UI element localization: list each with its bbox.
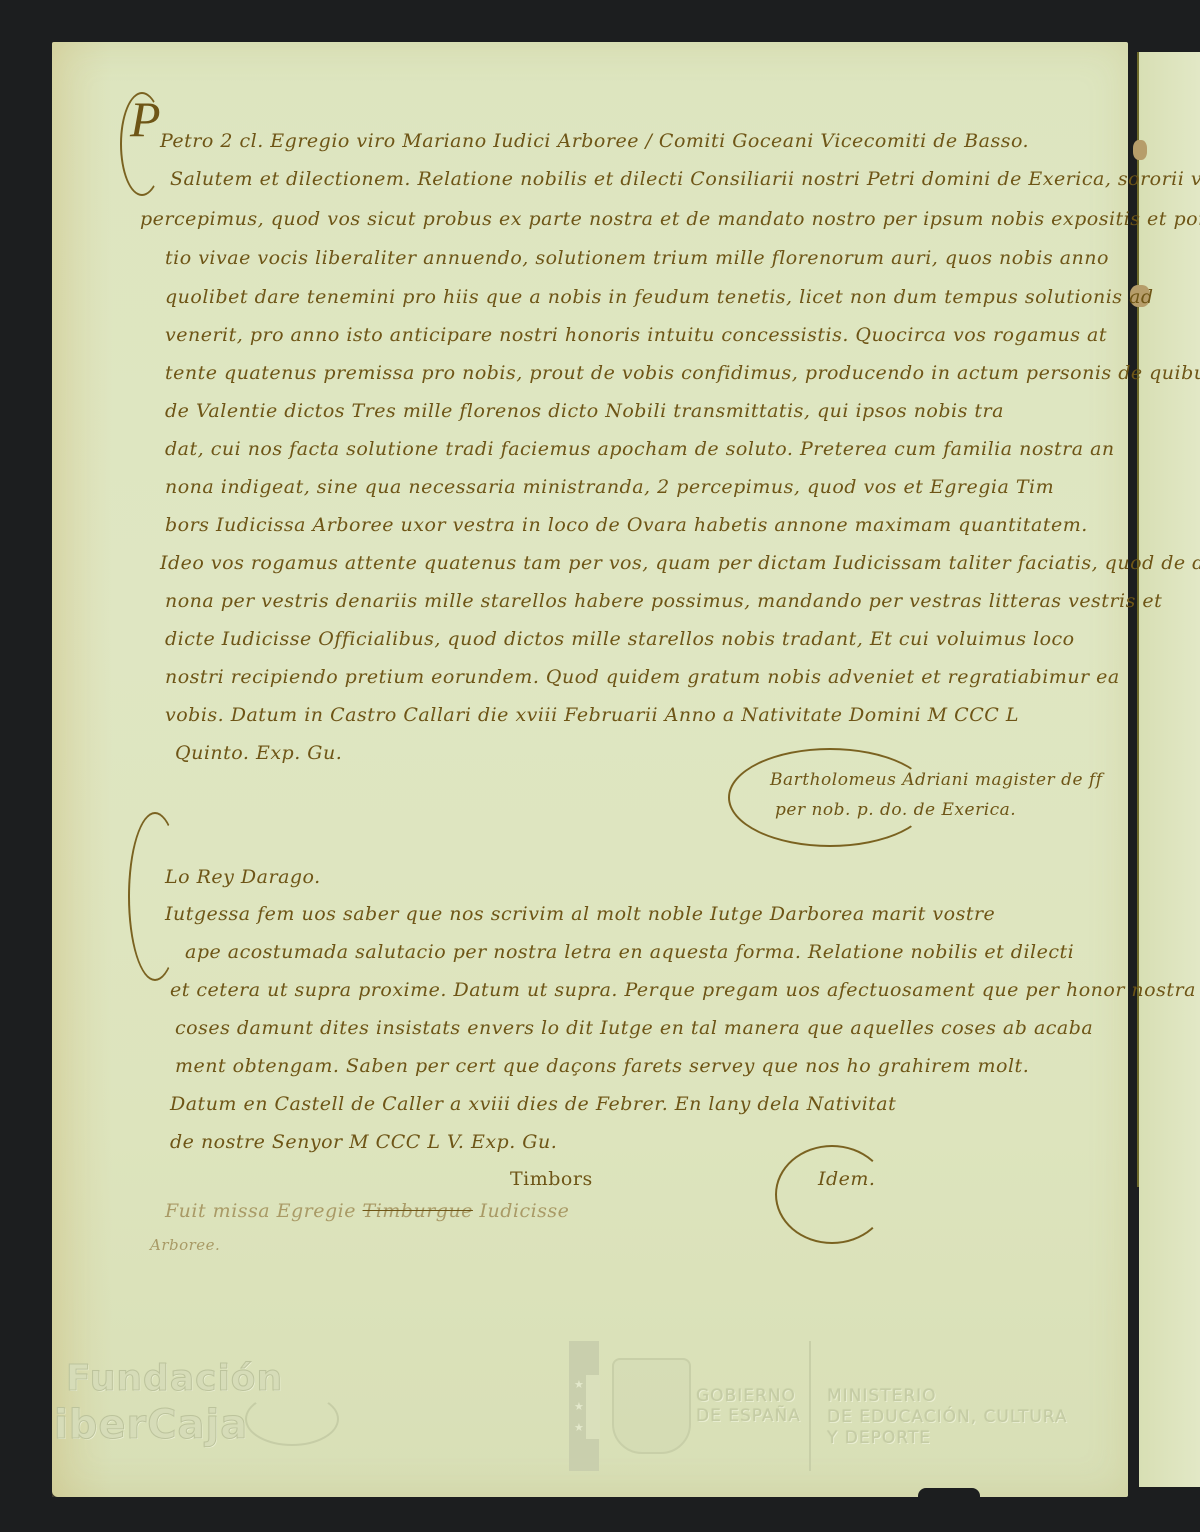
text-line: nona per vestris denariis mille starello… bbox=[165, 590, 1162, 612]
text-line: Petro 2 cl. Egregio viro Mariano Iudici … bbox=[160, 130, 1029, 152]
initial-letter: P bbox=[130, 90, 161, 148]
text-line: nostri recipiendo pretium eorundem. Quod… bbox=[165, 666, 1120, 688]
star-icon: ★ bbox=[574, 1421, 584, 1434]
star-icon: ★ bbox=[574, 1400, 584, 1413]
signature-line: per nob. p. do. de Exerica. bbox=[775, 800, 1016, 820]
watermark-divider bbox=[809, 1341, 811, 1471]
text-line: Quinto. Exp. Gu. bbox=[175, 742, 342, 764]
text-line: dicte Iudicisse Officialibus, quod dicto… bbox=[165, 628, 1075, 650]
text-line: bors Iudicissa Arboree uxor vestra in lo… bbox=[165, 514, 1088, 536]
coat-of-arms-icon bbox=[612, 1358, 691, 1454]
note-text: Iudicisse bbox=[479, 1200, 569, 1222]
flag-notch bbox=[586, 1375, 600, 1439]
note-text: Arboree. bbox=[150, 1236, 220, 1254]
text-line: Ideo vos rogamus attente quatenus tam pe… bbox=[160, 552, 1200, 574]
text-line: ape acostumada salutacio per nostra letr… bbox=[185, 941, 1074, 963]
text-line: venerit, pro anno isto anticipare nostri… bbox=[165, 324, 1107, 346]
note-text: Fuit missa Egregie bbox=[165, 1200, 356, 1222]
text-line: Datum en Castell de Caller a xviii dies … bbox=[170, 1093, 896, 1115]
ibercaja-watermark: iberCaja bbox=[54, 1402, 248, 1448]
signature-flourish bbox=[728, 748, 932, 847]
text-line: de nostre Senyor M CCC L V. Exp. Gu. bbox=[170, 1131, 557, 1153]
text-line: vobis. Datum in Castro Callari die xviii… bbox=[165, 704, 1019, 726]
text-line: dat, cui nos facta solutione tradi facie… bbox=[165, 438, 1115, 460]
ibercaja-logo-icon bbox=[245, 1392, 339, 1446]
gobierno-watermark: GOBIERNO DE ESPAÑA bbox=[696, 1386, 801, 1426]
gobierno-line: DE ESPAÑA bbox=[696, 1406, 801, 1426]
star-icon: ★ bbox=[574, 1378, 584, 1391]
text-line: percepimus, quod vos sicut probus ex par… bbox=[140, 208, 1200, 230]
signature-line: Bartholomeus Adriani magister de ff bbox=[770, 770, 1103, 790]
ministerio-line: Y DEPORTE bbox=[827, 1428, 1068, 1449]
text-line: Iutgessa fem uos saber que nos scrivim a… bbox=[165, 903, 995, 925]
ministerio-line: DE EDUCACIÓN, CULTURA bbox=[827, 1407, 1068, 1428]
addressee: Timbors bbox=[510, 1168, 593, 1190]
text-line: nona indigeat, sine qua necessaria minis… bbox=[165, 476, 1054, 498]
text-line: tente quatenus premissa pro nobis, prout… bbox=[165, 362, 1200, 384]
ministerio-line: MINISTERIO bbox=[827, 1386, 1068, 1407]
facing-page-edge bbox=[1139, 52, 1200, 1487]
text-line: et cetera ut supra proxime. Datum ut sup… bbox=[170, 979, 1200, 1001]
struck-text: Timburgue bbox=[363, 1200, 473, 1222]
binding-tear bbox=[1133, 140, 1147, 160]
letter-heading: Lo Rey Darago. bbox=[165, 866, 321, 888]
text-line: quolibet dare tenemini pro hiis que a no… bbox=[165, 286, 1154, 308]
fundacion-watermark: Fundación bbox=[66, 1358, 283, 1399]
page-damage bbox=[918, 1488, 980, 1502]
text-line: coses damunt dites insistats envers lo d… bbox=[175, 1017, 1093, 1039]
ministerio-watermark: MINISTERIO DE EDUCACIÓN, CULTURA Y DEPOR… bbox=[827, 1386, 1068, 1449]
gobierno-line: GOBIERNO bbox=[696, 1386, 801, 1406]
text-line: Salutem et dilectionem. Relatione nobili… bbox=[170, 168, 1200, 190]
text-line: ment obtengam. Saben per cert que daçons… bbox=[175, 1055, 1029, 1077]
initial-flourish bbox=[128, 812, 182, 981]
text-line: de Valentie dictos Tres mille florenos d… bbox=[165, 400, 1004, 422]
text-line: tio vivae vocis liberaliter annuendo, so… bbox=[165, 247, 1109, 269]
idem-text: Idem. bbox=[818, 1168, 875, 1190]
idem-flourish bbox=[775, 1145, 889, 1244]
